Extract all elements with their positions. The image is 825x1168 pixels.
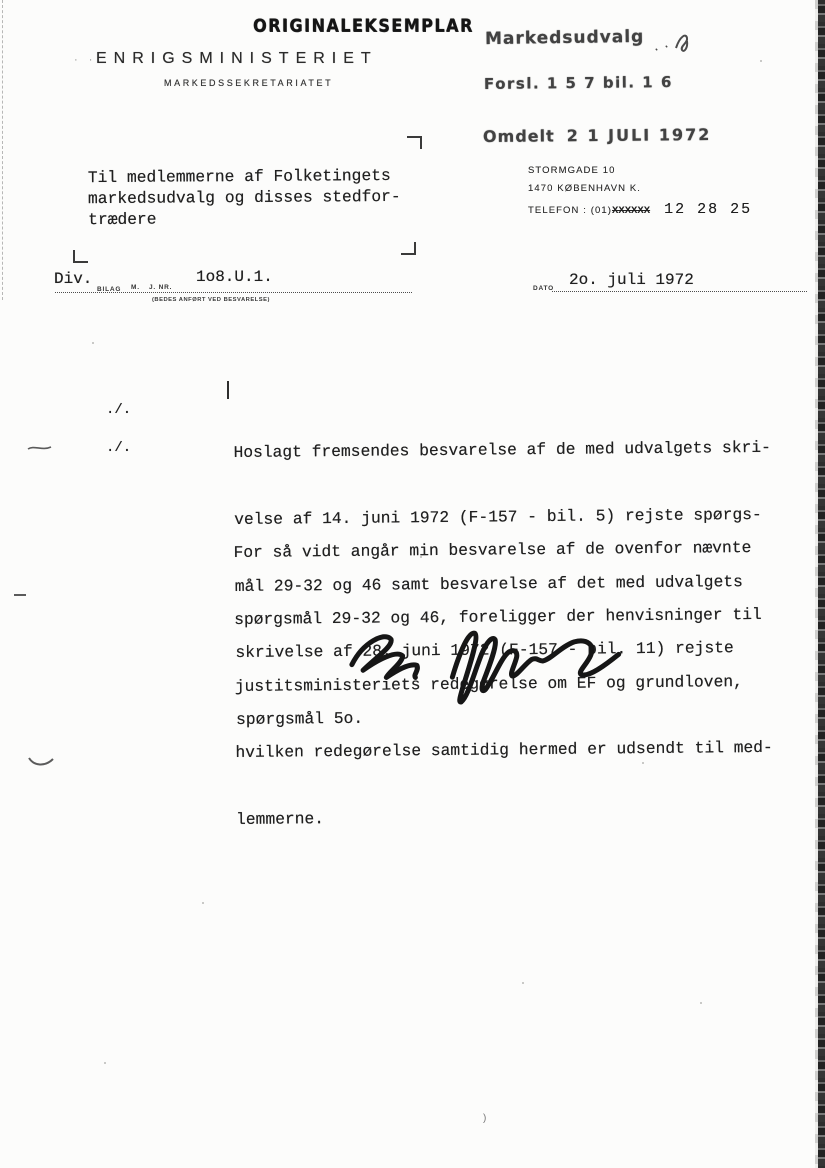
- margin-squiggle-2: [28, 755, 54, 769]
- enclosure-mark: ./.: [106, 440, 131, 456]
- margin-squiggle-1: [27, 443, 53, 453]
- journal-number-label: J. NR.: [149, 284, 172, 291]
- journal-number-note: (BEDES ANFØRT VED BESVARELSE): [152, 297, 270, 303]
- sender-address-block: STORMGADE 10 1470 KØBENHAVN K. TELEFON :…: [528, 165, 752, 225]
- body-line: Hoslagt fremsendes besvarelse af de med …: [233, 437, 771, 464]
- scan-edge-right: [818, 0, 825, 1168]
- body-line: For så vidt angår min besvarelse af de o…: [233, 537, 771, 564]
- recipient-line: Til medlemmerne af Folketingets: [88, 165, 401, 188]
- scan-edge-left: [2, 0, 4, 300]
- distributed-label: Omdelt: [483, 126, 555, 146]
- journal-number-value: 1o8.U.1.: [196, 268, 273, 286]
- distributed-date: 2 1 JULI 1972: [567, 125, 712, 145]
- recipient-address: Til medlemmerne af Folketingets markedsu…: [88, 165, 401, 230]
- enclosure-mark: ./.: [106, 402, 131, 418]
- ministry-name: ENRIGSMINISTERIET: [96, 50, 378, 68]
- scan-speck: [700, 1002, 702, 1004]
- window-corner-bottom-right: [401, 242, 416, 255]
- phone-number: 12 28 25: [664, 201, 752, 218]
- scan-speck: [104, 1062, 106, 1064]
- sender-city: 1470 KØBENHAVN K.: [528, 183, 752, 194]
- journal-dotted-line: [55, 292, 412, 293]
- scan-speck: [420, 556, 422, 558]
- date-label: DATO: [533, 285, 554, 292]
- committee-stamp: Markedsudvalg: [485, 27, 645, 49]
- enclosures-value: Div.: [54, 270, 92, 288]
- faded-print-marks: · ·: [74, 54, 96, 66]
- window-corner-top-right: [407, 136, 422, 149]
- scan-speck: [642, 762, 644, 764]
- m-label: M.: [131, 284, 140, 291]
- proposal-reference-stamp: Forsl. 1 5 7 bil. 1 6: [484, 73, 673, 93]
- recipient-line: trædere: [88, 207, 401, 230]
- scan-speck: [92, 342, 94, 344]
- sender-street: STORMGADE 10: [528, 165, 752, 176]
- scan-speck: [202, 902, 204, 904]
- stray-mark: ): [483, 1113, 486, 1124]
- margin-tick-mark: [227, 381, 229, 399]
- scan-speck: [522, 982, 524, 984]
- scan-edge-right-soft: [815, 0, 818, 1168]
- phone-struck-digits: XXXXXX: [612, 205, 650, 216]
- window-corner-bottom-left: [73, 250, 88, 263]
- handwritten-scribble-mark: [652, 30, 690, 56]
- body-line: hvilken redegørelse samtidig hermed er u…: [235, 737, 773, 764]
- recipient-line: markedsudvalg og disses stedfor-: [88, 186, 401, 209]
- body-line: lemmerne.: [236, 804, 774, 831]
- date-value: 2o. juli 1972: [569, 271, 694, 289]
- date-dotted-line: [552, 291, 807, 292]
- scan-speck: [760, 60, 762, 62]
- scanned-letter-page: ORIGINALEKSEMPLAR · · ENRIGSMINISTERIET …: [0, 0, 825, 1168]
- signature-handwritten: [328, 605, 642, 728]
- distribution-date-stamp: Omdelt2 1 JULI 1972: [483, 125, 711, 146]
- margin-dash: [13, 592, 27, 598]
- phone-label: TELEFON : (01): [528, 205, 612, 216]
- original-copy-stamp: ORIGINALEKSEMPLAR: [253, 15, 474, 36]
- sender-phone: TELEFON : (01)XXXXXX12 28 25: [528, 201, 752, 218]
- department-name: MARKEDSSEKRETARIATET: [164, 78, 333, 88]
